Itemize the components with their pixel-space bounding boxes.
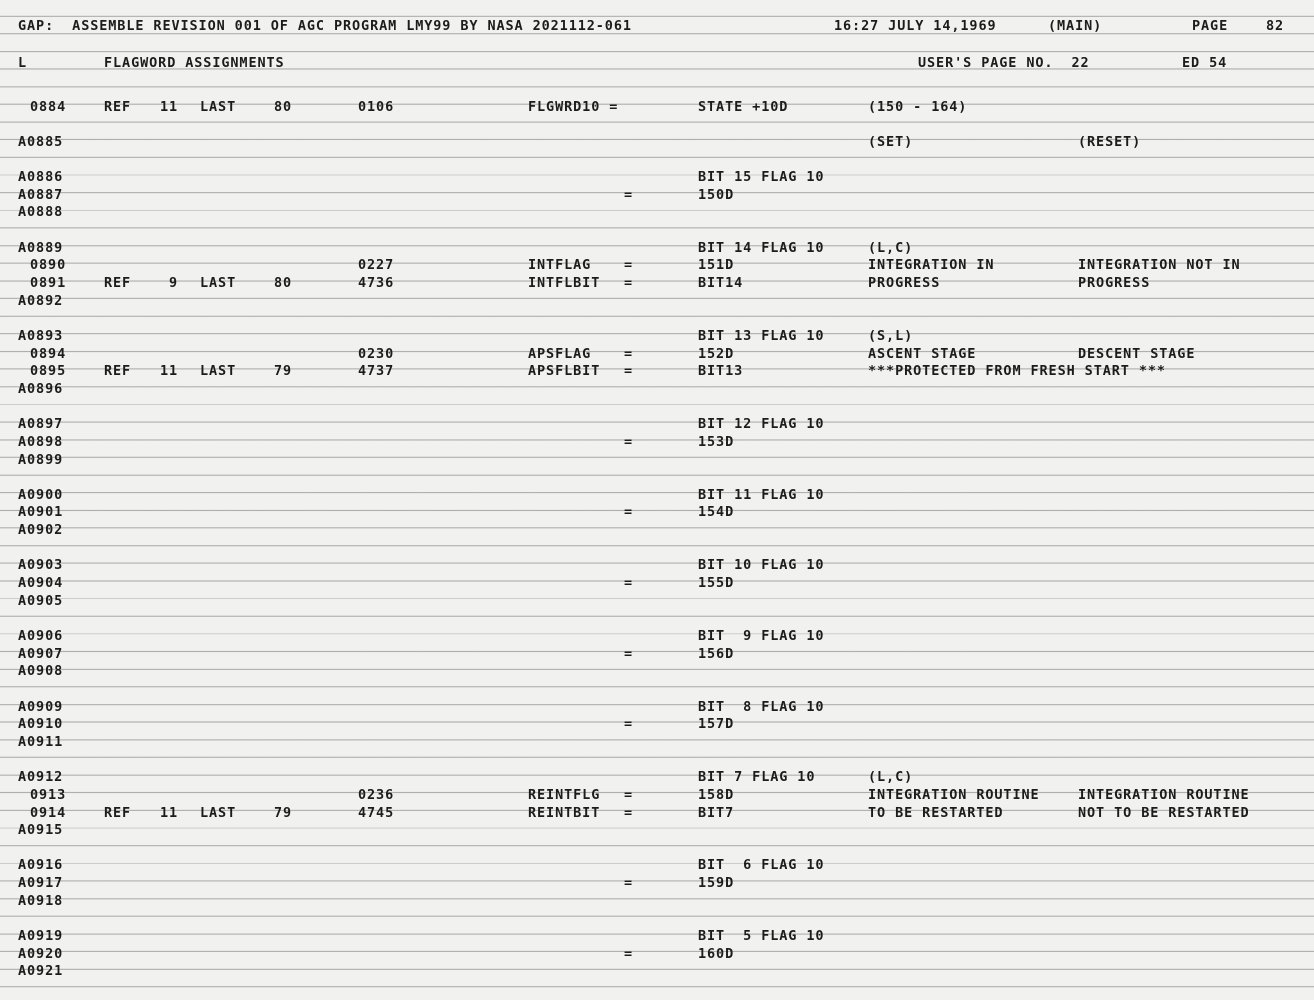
line-number: A0911	[18, 734, 63, 751]
listing-row: A0915	[0, 822, 1314, 839]
equals-sign: =	[624, 257, 633, 274]
last-keyword: LAST	[200, 99, 236, 116]
set-comment: ***PROTECTED FROM FRESH START ***	[868, 363, 1166, 380]
listing-row: 09130236REINTFLG=158DINTEGRATION ROUTINE…	[0, 787, 1314, 804]
line-number: A0898	[18, 434, 63, 451]
reset-comment: INTEGRATION ROUTINE	[1078, 787, 1250, 804]
operand: 150D	[698, 187, 734, 204]
listing-row: 08940230APSFLAG=152DASCENT STAGEDESCENT …	[0, 346, 1314, 363]
operand: 153D	[698, 434, 734, 451]
listing-row: 0891REF9LAST804736INTFLBIT=BIT14PROGRESS…	[0, 275, 1314, 292]
address: 0236	[358, 787, 394, 804]
operand: BIT 13 FLAG 10	[698, 328, 824, 345]
operand: BIT 10 FLAG 10	[698, 557, 824, 574]
listing-row: A0918	[0, 893, 1314, 910]
operand: 154D	[698, 504, 734, 521]
ref-keyword: REF	[104, 805, 131, 822]
line-number: A0885	[18, 134, 63, 151]
listing-datetime: 16:27 JULY 14,1969	[834, 18, 997, 35]
listing-row: A0906BIT 9 FLAG 10	[0, 628, 1314, 645]
symbol-label: INTFLAG	[528, 257, 591, 274]
reset-comment: (RESET)	[1078, 134, 1141, 151]
equals-sign: =	[624, 575, 633, 592]
subheader-line: L FLAGWORD ASSIGNMENTS USER'S PAGE NO. 2…	[0, 55, 1314, 72]
reset-comment: DESCENT STAGE	[1078, 346, 1195, 363]
operand: 152D	[698, 346, 734, 363]
set-comment: PROGRESS	[868, 275, 940, 292]
equals-sign: =	[624, 787, 633, 804]
listing-row: A0916BIT 6 FLAG 10	[0, 857, 1314, 874]
listing-row: A0885(SET)(RESET)	[0, 134, 1314, 151]
listing-title: GAP: ASSEMBLE REVISION 001 OF AGC PROGRA…	[18, 18, 632, 35]
line-number: 0914	[30, 805, 66, 822]
last-page: 79	[274, 363, 292, 380]
line-number: 0895	[30, 363, 66, 380]
operand: 155D	[698, 575, 734, 592]
symbol-label: APSFLAG	[528, 346, 591, 363]
operand: BIT 15 FLAG 10	[698, 169, 824, 186]
operand: 156D	[698, 646, 734, 663]
page-number: 82	[1266, 18, 1284, 35]
line-number: A0917	[18, 875, 63, 892]
operand: BIT 14 FLAG 10	[698, 240, 824, 257]
line-number: A0909	[18, 699, 63, 716]
listing-row: A0909BIT 8 FLAG 10	[0, 699, 1314, 716]
section-subtitle: FLAGWORD ASSIGNMENTS	[104, 55, 285, 72]
set-comment: (S,L)	[868, 328, 913, 345]
line-number: A0904	[18, 575, 63, 592]
set-comment: (L,C)	[868, 769, 913, 786]
set-comment: INTEGRATION IN	[868, 257, 994, 274]
edition: ED 54	[1182, 55, 1227, 72]
listing-row: 0895REF11LAST794737APSFLBIT=BIT13***PROT…	[0, 363, 1314, 380]
listing-row: A0919BIT 5 FLAG 10	[0, 928, 1314, 945]
line-number: A0908	[18, 663, 63, 680]
line-number: A0902	[18, 522, 63, 539]
address: 0106	[358, 99, 394, 116]
listing-row: A0899	[0, 452, 1314, 469]
line-number: A0916	[18, 857, 63, 874]
listing-row: A0898=153D	[0, 434, 1314, 451]
set-comment: INTEGRATION ROUTINE	[868, 787, 1040, 804]
listing-row: 0914REF11LAST794745REINTBIT=BIT7TO BE RE…	[0, 805, 1314, 822]
operand: BIT 12 FLAG 10	[698, 416, 824, 433]
last-keyword: LAST	[200, 363, 236, 380]
listing-row: A0892	[0, 293, 1314, 310]
line-number: A0889	[18, 240, 63, 257]
line-number: A0900	[18, 487, 63, 504]
set-comment: ASCENT STAGE	[868, 346, 976, 363]
line-number: A0886	[18, 169, 63, 186]
equals-sign: =	[624, 504, 633, 521]
reset-comment: INTEGRATION NOT IN	[1078, 257, 1241, 274]
line-number: A0912	[18, 769, 63, 786]
operand: BIT 5 FLAG 10	[698, 928, 824, 945]
listing-row: A0901=154D	[0, 504, 1314, 521]
line-number: A0920	[18, 946, 63, 963]
equals-sign: =	[624, 716, 633, 733]
line-number: A0907	[18, 646, 63, 663]
operand: STATE +10D	[698, 99, 788, 116]
line-number: A0905	[18, 593, 63, 610]
address: 0227	[358, 257, 394, 274]
listing-row: A0903BIT 10 FLAG 10	[0, 557, 1314, 574]
last-keyword: LAST	[200, 275, 236, 292]
users-page-number: USER'S PAGE NO. 22	[918, 55, 1090, 72]
operand: 151D	[698, 257, 734, 274]
line-number: A0897	[18, 416, 63, 433]
line-number: A0892	[18, 293, 63, 310]
ref-keyword: REF	[104, 275, 131, 292]
set-comment: (L,C)	[868, 240, 913, 257]
listing-row: A0905	[0, 593, 1314, 610]
operand: 157D	[698, 716, 734, 733]
line-number: 0884	[30, 99, 66, 116]
listing-row: A0908	[0, 663, 1314, 680]
listing-row: 0884REF11LAST800106FLGWRD10 =STATE +10D(…	[0, 99, 1314, 116]
operand: BIT 7 FLAG 10	[698, 769, 815, 786]
line-number: A0903	[18, 557, 63, 574]
header-line: GAP: ASSEMBLE REVISION 001 OF AGC PROGRA…	[0, 18, 1314, 35]
operand: BIT 6 FLAG 10	[698, 857, 824, 874]
last-keyword: LAST	[200, 805, 236, 822]
listing-row: 08900227INTFLAG=151DINTEGRATION ININTEGR…	[0, 257, 1314, 274]
last-page: 80	[274, 275, 292, 292]
line-number: A0901	[18, 504, 63, 521]
line-number: A0921	[18, 963, 63, 980]
equals-sign: =	[624, 805, 633, 822]
listing-row: A0920=160D	[0, 946, 1314, 963]
reset-comment: NOT TO BE RESTARTED	[1078, 805, 1250, 822]
ref-count: 11	[156, 363, 178, 380]
address: 0230	[358, 346, 394, 363]
listing-row: A0888	[0, 204, 1314, 221]
operand: BIT14	[698, 275, 743, 292]
set-comment: (150 - 164)	[868, 99, 967, 116]
line-number: 0890	[30, 257, 66, 274]
listing-row: A0912BIT 7 FLAG 10(L,C)	[0, 769, 1314, 786]
line-number: A0910	[18, 716, 63, 733]
address: 4736	[358, 275, 394, 292]
symbol-label: REINTBIT	[528, 805, 600, 822]
equals-sign: =	[624, 346, 633, 363]
equals-sign: =	[624, 363, 633, 380]
symbol-label: REINTFLG	[528, 787, 600, 804]
ref-count: 9	[156, 275, 178, 292]
equals-sign: =	[624, 646, 633, 663]
listing-row: A0896	[0, 381, 1314, 398]
listing-row: A0921	[0, 963, 1314, 980]
last-page: 80	[274, 99, 292, 116]
operand: BIT 11 FLAG 10	[698, 487, 824, 504]
symbol-label: APSFLBIT	[528, 363, 600, 380]
operand: BIT 8 FLAG 10	[698, 699, 824, 716]
operand: BIT 9 FLAG 10	[698, 628, 824, 645]
listing-row: A0917=159D	[0, 875, 1314, 892]
listing-row: A0887=150D	[0, 187, 1314, 204]
listing-type: L	[18, 55, 27, 72]
line-number: 0894	[30, 346, 66, 363]
line-number: A0888	[18, 204, 63, 221]
equals-sign: =	[624, 275, 633, 292]
listing-row: A0907=156D	[0, 646, 1314, 663]
ref-keyword: REF	[104, 363, 131, 380]
operand: 158D	[698, 787, 734, 804]
listing-row: A0902	[0, 522, 1314, 539]
ref-keyword: REF	[104, 99, 131, 116]
operand: 160D	[698, 946, 734, 963]
page-label: PAGE	[1192, 18, 1228, 35]
line-number: A0887	[18, 187, 63, 204]
equals-sign: =	[624, 946, 633, 963]
line-number: A0896	[18, 381, 63, 398]
listing-section: (MAIN)	[1048, 18, 1102, 35]
line-number: 0913	[30, 787, 66, 804]
operand: BIT13	[698, 363, 743, 380]
listing-row: A0910=157D	[0, 716, 1314, 733]
line-number: A0899	[18, 452, 63, 469]
listing-row: A0889BIT 14 FLAG 10(L,C)	[0, 240, 1314, 257]
line-number: A0906	[18, 628, 63, 645]
reset-comment: PROGRESS	[1078, 275, 1150, 292]
line-number: A0919	[18, 928, 63, 945]
listing-row: A0900BIT 11 FLAG 10	[0, 487, 1314, 504]
listing-row: A0911	[0, 734, 1314, 751]
listing-row: A0893BIT 13 FLAG 10(S,L)	[0, 328, 1314, 345]
line-number: A0918	[18, 893, 63, 910]
ref-count: 11	[156, 805, 178, 822]
equals-sign: =	[624, 875, 633, 892]
equals-sign: =	[624, 434, 633, 451]
address: 4737	[358, 363, 394, 380]
symbol-label: INTFLBIT	[528, 275, 600, 292]
ref-count: 11	[156, 99, 178, 116]
address: 4745	[358, 805, 394, 822]
operand: 159D	[698, 875, 734, 892]
line-number: A0915	[18, 822, 63, 839]
listing-row: A0886BIT 15 FLAG 10	[0, 169, 1314, 186]
listing-row: A0897BIT 12 FLAG 10	[0, 416, 1314, 433]
set-comment: TO BE RESTARTED	[868, 805, 1003, 822]
listing-row: A0904=155D	[0, 575, 1314, 592]
line-number: A0893	[18, 328, 63, 345]
equals-sign: =	[624, 187, 633, 204]
set-comment: (SET)	[868, 134, 913, 151]
symbol-label: FLGWRD10 =	[528, 99, 618, 116]
last-page: 79	[274, 805, 292, 822]
line-number: 0891	[30, 275, 66, 292]
operand: BIT7	[698, 805, 734, 822]
